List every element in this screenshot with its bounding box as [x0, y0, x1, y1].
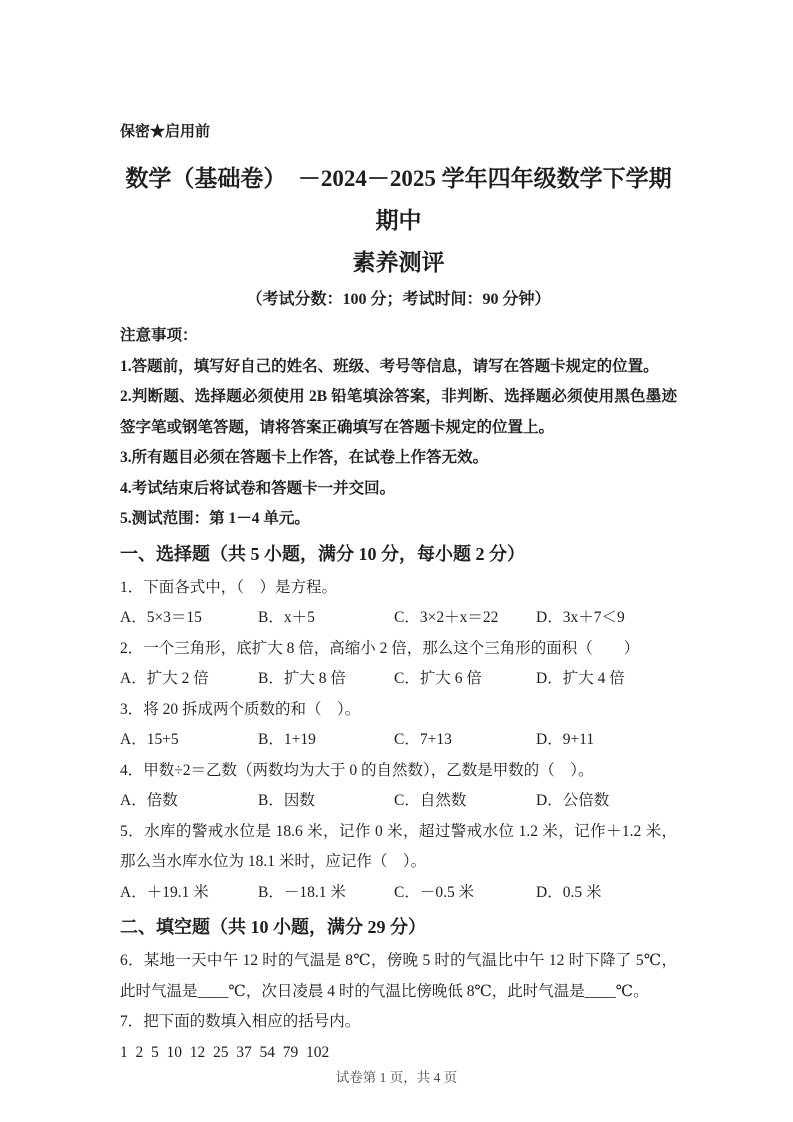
notice-item-5: 5.测试范围：第 1－4 单元。	[120, 504, 677, 535]
question-4-option-c: C．自然数	[394, 786, 536, 817]
question-3-option-d: D．9+11	[536, 725, 677, 756]
question-4-option-d: D．公倍数	[536, 786, 677, 817]
question-1-options: A．5×3＝15 B．x＋5 C．3×2＋x＝22 D．3x＋7＜9	[120, 603, 677, 634]
secrecy-label: 保密★启用前	[120, 122, 677, 142]
question-3-option-c: C．7+13	[394, 725, 536, 756]
question-2-options: A．扩大 2 倍 B．扩大 8 倍 C．扩大 6 倍 D．扩大 4 倍	[120, 664, 677, 695]
question-5-options: A．＋19.1 米 B．－18.1 米 C．－0.5 米 D．0.5 米	[120, 878, 677, 909]
exam-info: （考试分数：100 分；考试时间：90 分钟）	[120, 289, 677, 311]
question-3-option-b: B．1+19	[258, 725, 394, 756]
exam-paper-page: 保密★启用前 数学（基础卷） －2024－2025 学年四年级数学下学期期中 素…	[0, 0, 793, 1122]
question-1-option-a: A．5×3＝15	[120, 603, 258, 634]
question-5-option-b: B．－18.1 米	[258, 878, 394, 909]
exam-title: 数学（基础卷） －2024－2025 学年四年级数学下学期期中 素养测评	[120, 158, 677, 284]
question-6-text: 6．某地一天中午 12 时的气温是 8℃，傍晚 5 时的气温比中午 12 时下降…	[120, 946, 677, 1007]
notice-item-2: 2.判断题、选择题必须使用 2B 铅笔填涂答案，非判断、选择题必须使用黑色墨迹签…	[120, 382, 677, 443]
question-4-option-b: B．因数	[258, 786, 394, 817]
question-1-option-c: C．3×2＋x＝22	[394, 603, 536, 634]
question-7-number-list: 1 2 5 10 12 25 37 54 79 102	[120, 1038, 677, 1069]
question-3-options: A．15+5 B．1+19 C．7+13 D．9+11	[120, 725, 677, 756]
notice-item-4: 4.考试结束后将试卷和答题卡一并交回。	[120, 474, 677, 505]
question-3-option-a: A．15+5	[120, 725, 258, 756]
question-1-option-d: D．3x＋7＜9	[536, 603, 677, 634]
question-5-option-d: D．0.5 米	[536, 878, 677, 909]
question-5-option-a: A．＋19.1 米	[120, 878, 258, 909]
question-3-text: 3．将 20 拆成两个质数的和（ ）。	[120, 695, 677, 726]
exam-title-line2: 素养测评	[120, 242, 677, 284]
question-4-options: A．倍数 B．因数 C．自然数 D．公倍数	[120, 786, 677, 817]
question-5-option-c: C．－0.5 米	[394, 878, 536, 909]
question-1-text: 1．下面各式中，（ ）是方程。	[120, 573, 677, 604]
question-2-option-b: B．扩大 8 倍	[258, 664, 394, 695]
question-4-text: 4．甲数÷2＝乙数（两数均为大于 0 的自然数），乙数是甲数的（ ）。	[120, 756, 677, 787]
question-5-text: 5．水库的警戒水位是 18.6 米，记作 0 米，超过警戒水位 1.2 米，记作…	[120, 817, 677, 878]
question-2-option-c: C．扩大 6 倍	[394, 664, 536, 695]
exam-title-line1: 数学（基础卷） －2024－2025 学年四年级数学下学期期中	[120, 158, 677, 242]
question-7-text: 7．把下面的数填入相应的括号内。	[120, 1007, 677, 1038]
question-2-option-a: A．扩大 2 倍	[120, 664, 258, 695]
page-content: 保密★启用前 数学（基础卷） －2024－2025 学年四年级数学下学期期中 素…	[120, 122, 677, 1068]
question-2-option-d: D．扩大 4 倍	[536, 664, 677, 695]
section-heading-choice: 一、选择题（共 5 小题，满分 10 分，每小题 2 分）	[120, 538, 677, 571]
page-footer: 试卷第 1 页，共 4 页	[0, 1068, 793, 1088]
question-1-option-b: B．x＋5	[258, 603, 394, 634]
section-heading-fill-blank: 二、填空题（共 10 小题，满分 29 分）	[120, 911, 677, 944]
notice-item-1: 1.答题前，填写好自己的姓名、班级、考号等信息，请写在答题卡规定的位置。	[120, 352, 677, 383]
question-2-text: 2．一个三角形，底扩大 8 倍，高缩小 2 倍，那么这个三角形的面积（ ）	[120, 634, 677, 665]
notice-item-3: 3.所有题目必须在答题卡上作答，在试卷上作答无效。	[120, 443, 677, 474]
question-4-option-a: A．倍数	[120, 786, 258, 817]
notices-heading: 注意事项：	[120, 321, 677, 352]
